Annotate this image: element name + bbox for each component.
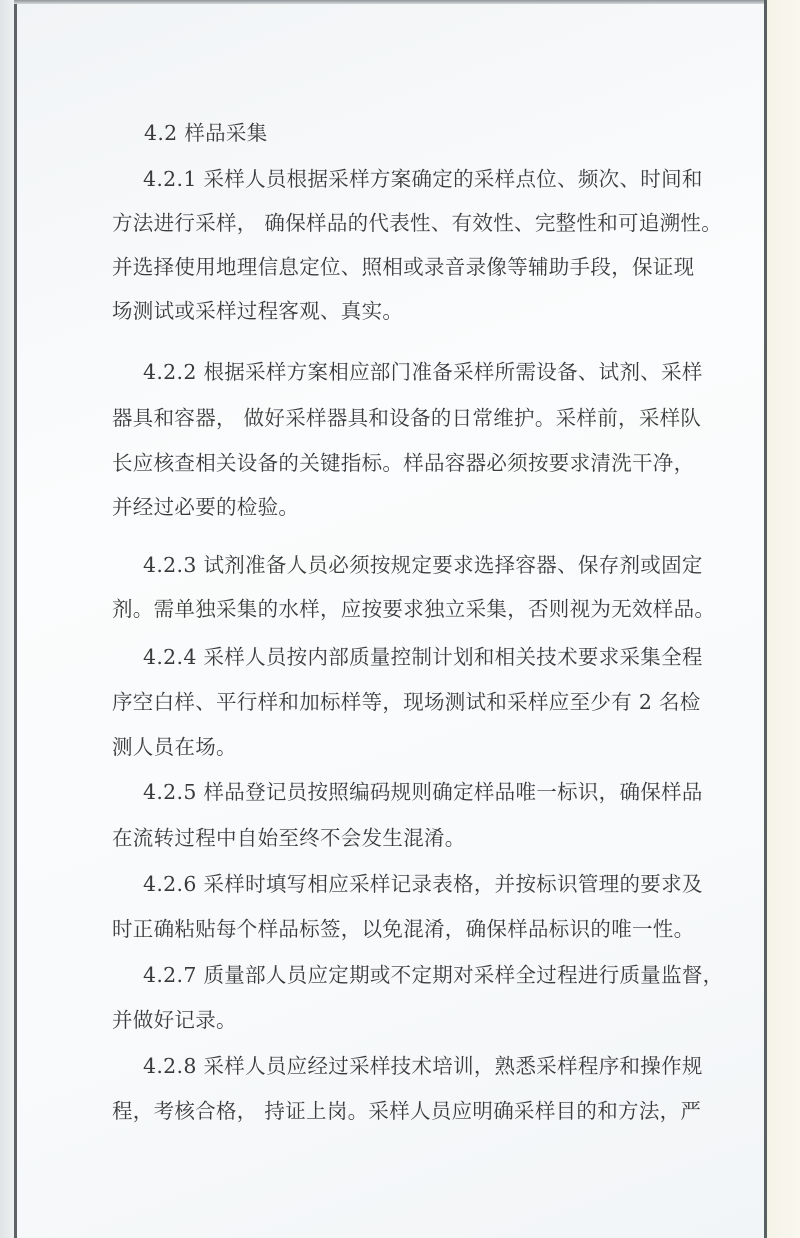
scan-left-margin	[0, 0, 14, 1238]
text-line: 4.2.4 采样人员按内部质量控制计划和相关技术要求采集全程	[143, 640, 703, 670]
text-line: 器具和容器， 做好采样器具和设备的日常维护。采样前，采样队	[112, 401, 701, 431]
text-line: 并做好记录。	[112, 1003, 237, 1033]
text-line: 程，考核合格， 持证上岗。采样人员应明确采样目的和方法，严	[112, 1094, 701, 1124]
text-line: 序空白样、平行样和加标样等，现场测试和采样应至少有 2 名检	[112, 685, 701, 715]
text-line: 并选择使用地理信息定位、照相或录音录像等辅助手段，保证现	[112, 250, 694, 280]
text-line: 4.2.7 质量部人员应定期或不定期对采样全过程进行质量监督，	[143, 958, 723, 988]
text-line: 4.2.5 样品登记员按照编码规则确定样品唯一标识，确保样品	[143, 775, 703, 805]
text-line: 方法进行采样， 确保样品的代表性、有效性、完整性和可追溯性。	[112, 206, 722, 236]
text-line: 4.2.8 采样人员应经过采样技术培训，熟悉采样程序和操作规	[143, 1049, 703, 1079]
text-line: 4.2.3 试剂准备人员必须按规定要求选择容器、保存剂或固定	[143, 548, 703, 578]
text-line: 在流转过程中自始至终不会发生混淆。	[112, 821, 466, 851]
text-line: 剂。需单独采集的水样，应按要求独立采集，否则视为无效样品。	[112, 592, 715, 622]
section-heading: 4.2 样品采集	[144, 116, 268, 146]
text-line: 测人员在场。	[112, 730, 237, 760]
text-line: 场测试或采样过程客观、真实。	[112, 294, 403, 324]
text-line: 4.2.2 根据采样方案相应部门准备采样所需设备、试剂、采样	[143, 355, 703, 385]
text-line: 4.2.1 采样人员根据采样方案确定的采样点位、频次、时间和	[143, 162, 703, 192]
text-line: 4.2.6 采样时填写相应采样记录表格，并按标识管理的要求及	[143, 867, 703, 897]
text-line: 长应核查相关设备的关键指标。样品容器必须按要求清洗干净，	[112, 446, 694, 476]
text-line: 并经过必要的检验。	[112, 490, 299, 520]
text-line: 时正确粘贴每个样品标签，以免混淆，确保样品标识的唯一性。	[112, 912, 694, 942]
scan-right-margin	[767, 0, 800, 1238]
